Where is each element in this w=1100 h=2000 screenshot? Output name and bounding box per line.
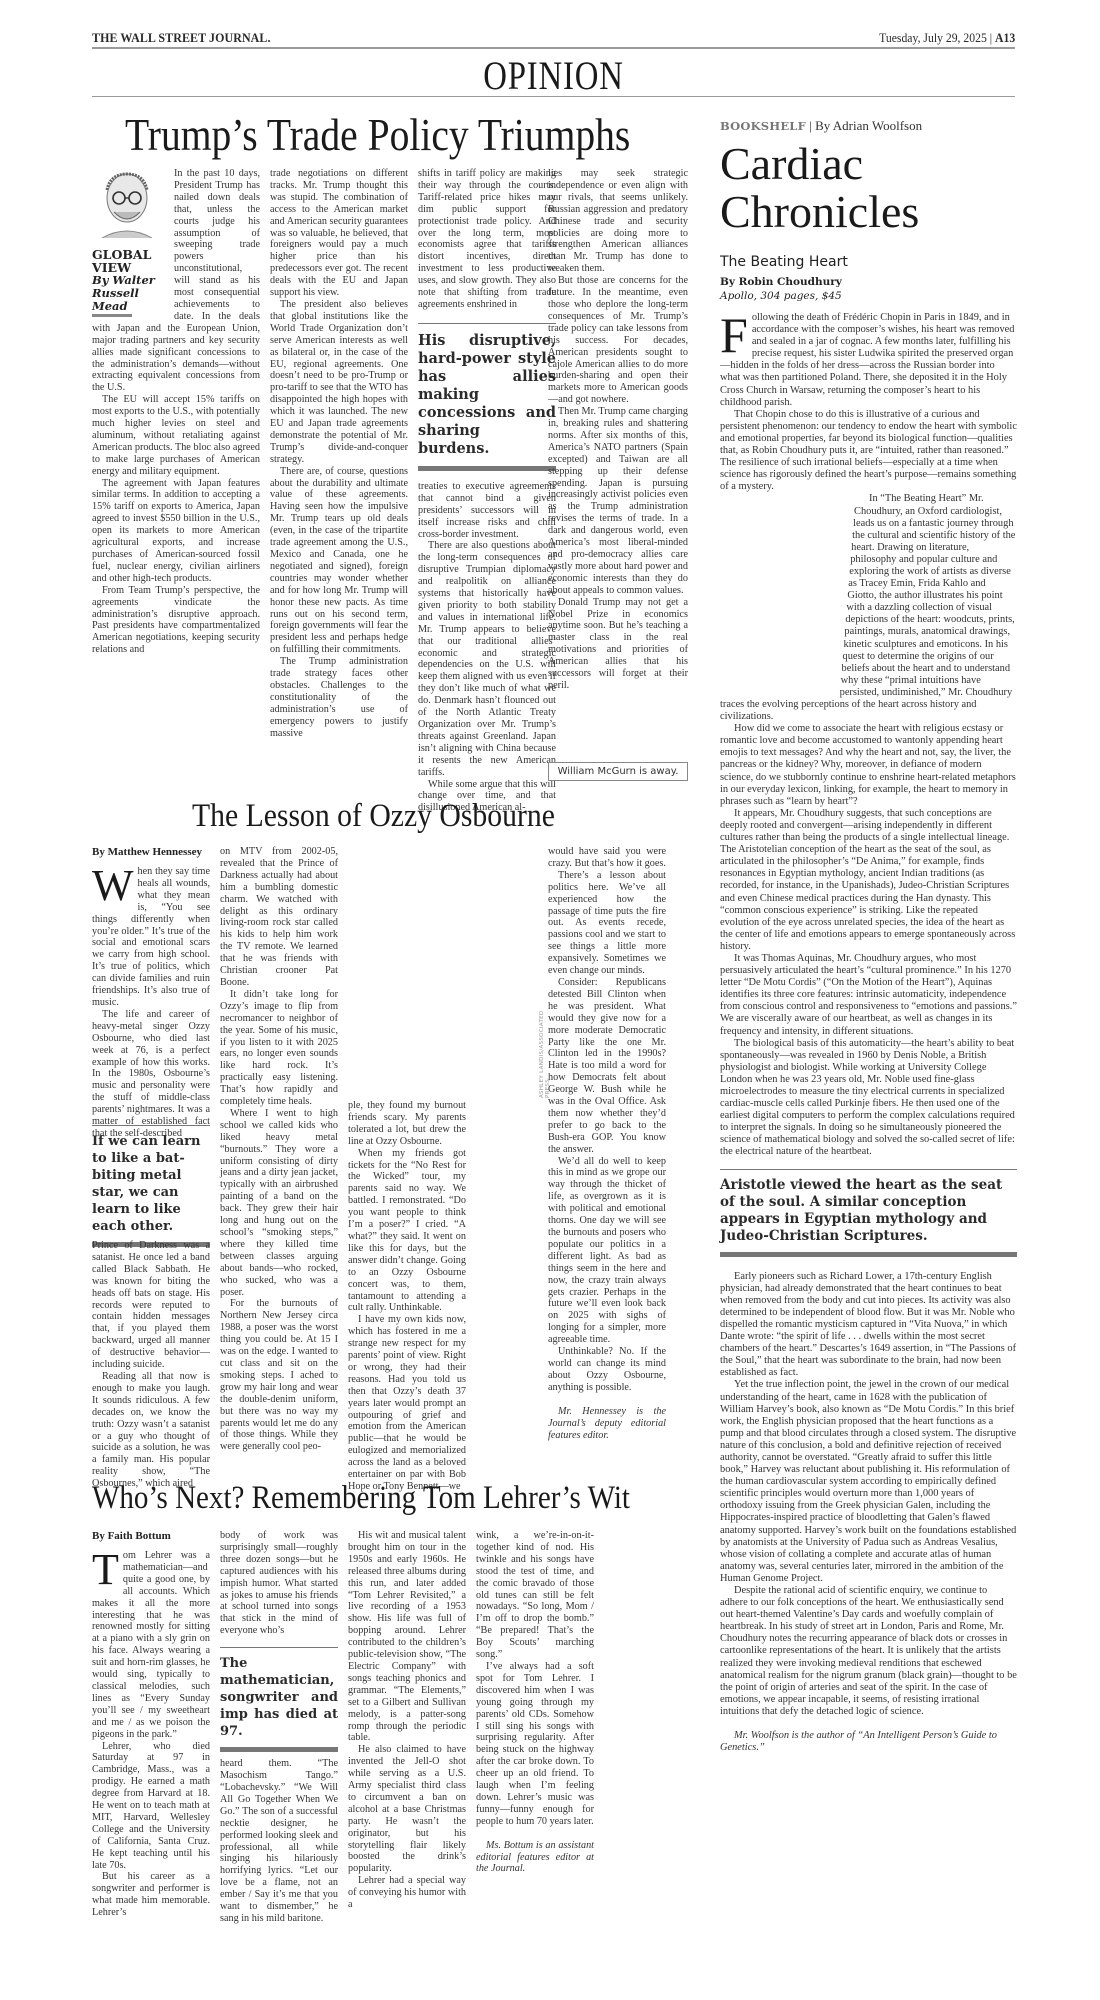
author-tagline: Ms. Bottum is an assistant editorial fea… [476,1840,594,1876]
columnist-away-note: William McGurn is away. [548,762,688,781]
paragraph: ollowing the death of Frédéric Chopin in… [720,312,1014,408]
paragraph: The president also believes that global … [270,299,408,466]
ozzy-pullquote-block: If we can learn to like a bat-biting met… [92,1125,210,1247]
ozzy-column-4: would have said you were crazy. But that… [548,846,666,1441]
paragraph: Lehrer had a special way of conveying hi… [348,1875,466,1911]
paragraph: We’d all do well to keep this in mind as… [548,1156,666,1347]
paragraph: Lehrer, who died Saturday at 97 in Cambr… [92,1741,210,1872]
pullquote-bar [418,466,556,471]
book-illustration [720,493,855,697]
paragraph: Consider: Republicans detested Bill Clin… [548,977,666,1156]
paragraph: heard them. “The Masochism Tango.” “Loba… [220,1758,338,1925]
dropcap-letter: T [92,1552,119,1588]
trade-column-3: shifts in tariff policy are making their… [418,168,556,814]
paragraph: Despite the rational acid of scientific … [720,1585,1017,1718]
paragraph: The life and career of heavy-metal singe… [92,1009,210,1140]
paragraph: He also claimed to have invented the Jel… [348,1744,466,1875]
paragraph: But those are concerns for the future. I… [548,275,688,406]
bookshelf-headline: Cardiac Chronicles [720,140,1020,236]
paragraph: When my friends got tickets for the “No … [348,1148,466,1315]
pullquote-bar [220,1747,338,1752]
paragraph: body of work was surprisingly small—roug… [220,1530,338,1637]
paragraph: Prince of Darkness was a satanist. He on… [92,1240,210,1371]
paragraph: would have said you were crazy. But that… [548,846,666,870]
publication-name: THE WALL STREET JOURNAL. [92,30,271,46]
paragraph: There’s a lesson about politics here. We… [548,870,666,977]
paragraph: It was Thomas Aquinas, Mr. Choudhury arg… [720,953,1017,1038]
lehrer-column-4: wink, a we’re-in-on-it-together kind of … [476,1530,594,1875]
paragraph: How did we come to associate the heart w… [720,723,1017,808]
trade-pullquote: His disruptive, hard-power style has all… [418,324,556,466]
paragraph: Yet the true inflection point, the jewel… [720,1379,1017,1585]
paragraph: Reading all that now is enough to make y… [92,1371,210,1490]
masthead-rule [92,47,1015,49]
paragraph: From Team Trump’s perspective, the agree… [92,585,260,656]
paragraph: It didn’t take long for Ozzy’s image to … [220,989,338,1108]
portrait-float [92,168,174,320]
dropcap-letter: W [92,868,134,904]
paragraph: Donald Trump may not get a Nobel Prize i… [548,597,688,692]
paragraph: I’ve always had a soft spot for Tom Lehr… [476,1661,594,1828]
paragraph: Then Mr. Trump came charging in, breakin… [548,406,688,597]
paragraph: For the burnouts of Northern New Jersey … [220,1298,338,1453]
paragraph: There are, of course, questions about th… [270,466,408,657]
paragraph: It appears, Mr. Choudhury suggests, that… [720,808,1017,953]
paragraph: shifts in tariff policy are making their… [418,168,556,311]
lehrer-pullquote: The mathematician, songwriter and imp ha… [220,1648,338,1747]
paragraph: treaties to executive agreements that ca… [418,481,556,541]
ozzy-byline: By Matthew Hennessey [92,846,202,858]
page-number: A13 [995,30,1015,45]
book-author: By Robin Choudhury [720,276,842,288]
issue-date: Tuesday, July 29, 2025 | A13 [879,30,1015,46]
paragraph: The biological basis of this automaticit… [720,1038,1017,1159]
date-text: Tuesday, July 29, 2025 [879,30,987,45]
masthead: THE WALL STREET JOURNAL. Tuesday, July 2… [92,28,1015,46]
ozzy-column-2: on MTV from 2002-05, revealed that the P… [220,846,338,1453]
paragraph: That Chopin chose to do this is illustra… [720,409,1017,494]
ozzy-column-1b: Prince of Darkness was a satanist. He on… [92,1240,210,1490]
paragraph: I have my own kids now, which has foster… [348,1314,466,1493]
bookshelf-kicker: BOOKSHELF | By Adrian Woolfson [720,118,922,134]
lehrer-column-1: Tom Lehrer was a mathematician—and quite… [92,1550,210,1919]
ozzy-headline: The Lesson of Ozzy Osbourne [192,798,555,835]
paragraph: His wit and musical talent brought him o… [348,1530,466,1744]
trade-column-2: trade negotiations on different tracks. … [270,168,408,740]
paragraph: Early pioneers such as Richard Lower, a … [720,1271,1017,1380]
book-title: The Beating Heart [720,254,848,270]
pullquote-bar [720,1252,1017,1257]
paragraph: The Trump administration trade strategy … [270,656,408,739]
paragraph: lies may seek strategic independence or … [548,168,688,275]
paragraph: Unthinkable? No. If the world can change… [548,1346,666,1394]
lehrer-byline: By Faith Bottum [92,1530,171,1542]
kicker-label: BOOKSHELF [720,119,806,133]
author-tagline: Mr. Woolfson is the author of “An Intell… [720,1730,1017,1754]
book-publisher: Apollo, 304 pages, $45 [720,290,842,302]
paragraph: Where I went to high school we called ki… [220,1108,338,1299]
paragraph: wink, a we’re-in-on-it-together kind of … [476,1530,594,1661]
bookshelf-body-top: Following the death of Frédéric Chopin i… [720,312,1017,1754]
paragraph: The EU will accept 15% tariffs on most e… [92,394,260,477]
reviewer-byline: By Adrian Woolfson [815,118,922,133]
lehrer-column-2: body of work was surprisingly small—roug… [220,1530,338,1925]
section-rule [92,96,1015,97]
paragraph: But his career as a songwriter and perfo… [92,1871,210,1919]
section-title: OPINION [175,52,932,99]
trade-column-1: In the past 10 days, President Trump has… [92,168,260,656]
paragraph: There are also questions about the long-… [418,540,556,778]
ozzy-photo [348,846,538,1098]
lehrer-column-3: His wit and musical talent brought him o… [348,1530,466,1911]
trade-column-4: lies may seek strategic independence or … [548,168,688,692]
paragraph: ple, they found my burnout friends scary… [348,1100,466,1148]
bookshelf-pullquote: Aristotle viewed the heart as the seat o… [720,1170,1017,1252]
lehrer-headline: Who’s Next? Remembering Tom Lehrer’s Wit [92,1480,630,1517]
ozzy-column-3: ple, they found my burnout friends scary… [348,1100,466,1493]
paragraph: on MTV from 2002-05, revealed that the P… [220,846,338,989]
ozzy-pullquote: If we can learn to like a bat-biting met… [92,1126,210,1242]
paragraph: The agreement with Japan features simila… [92,478,260,585]
trade-headline: Trump’s Trade Policy Triumphs [125,108,630,161]
dropcap-letter: F [720,314,748,356]
ozzy-column-1: When they say time heals all wounds, wha… [92,866,210,1140]
paragraph: trade negotiations on different tracks. … [270,168,408,299]
author-tagline: Mr. Hennessey is the Journal’s deputy ed… [548,1406,666,1442]
